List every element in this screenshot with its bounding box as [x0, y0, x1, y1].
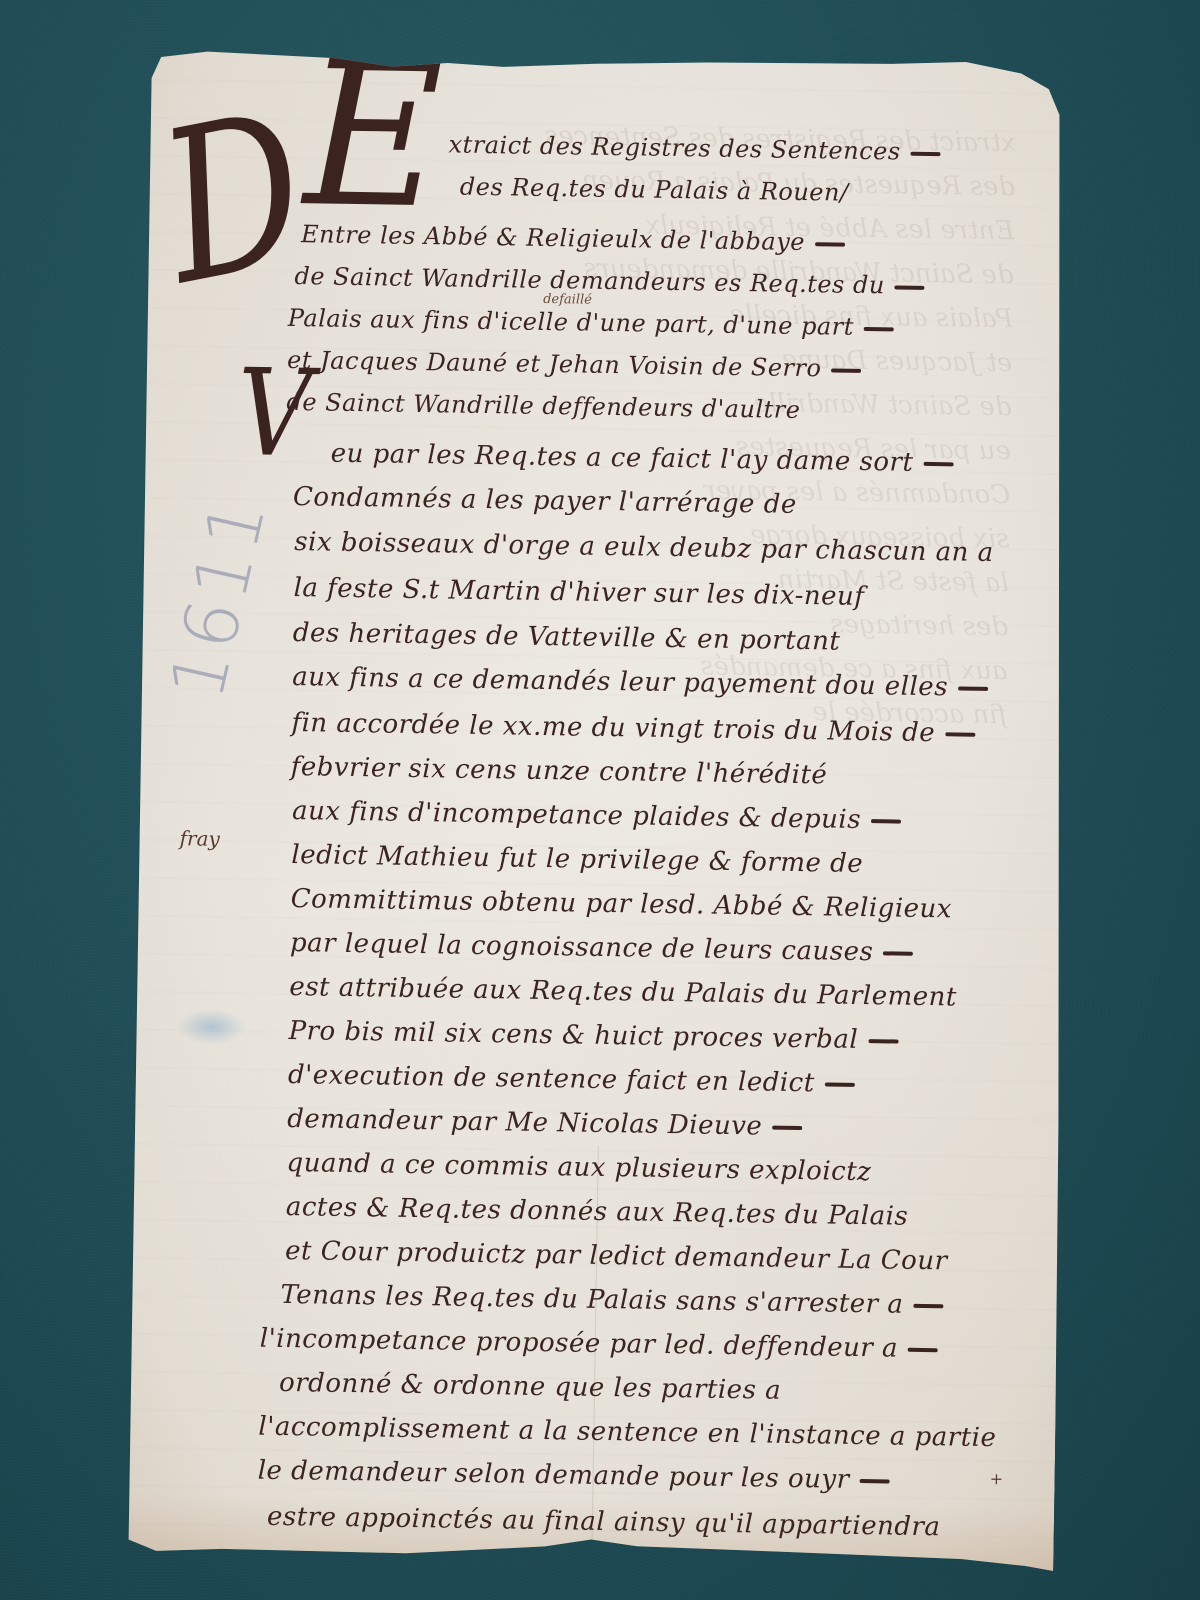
line-filler-dash	[883, 951, 913, 955]
body-line-11: Committimus obtenu par lesd. Abbé & Reli…	[290, 884, 952, 924]
body-line-13: est attribuée aux Req.tes du Palais du P…	[289, 972, 957, 1012]
pencil-folio-number: 1611	[154, 489, 283, 707]
body-line-24: le demandeur selon demande pour les ouyr	[257, 1456, 889, 1496]
line-filler-dash	[859, 1479, 889, 1483]
body-line-8: febvrier six cens unze contre l'hérédité	[291, 752, 828, 790]
body-line-2: Condamnés a les payer l'arrérage de	[293, 482, 797, 520]
body-line-21: l'incompetance proposée par led. deffend…	[260, 1324, 939, 1365]
line-filler-dash	[945, 732, 975, 736]
body-line-3: six boisseaux d'orge a eulx deubz par ch…	[294, 527, 994, 568]
body-line-6: aux fins a ce demandés leur payement dou…	[292, 662, 988, 703]
line-filler-dash	[815, 242, 845, 246]
line-filler-dash	[772, 1126, 802, 1130]
body-line-17: quand a ce commis aux plusieurs exploict…	[286, 1148, 871, 1187]
decorative-initial-e: E	[303, 35, 445, 237]
line-filler-dash	[871, 819, 901, 823]
margin-ink-mark: fray	[179, 826, 220, 851]
interlinear-note: defaillé	[543, 292, 592, 308]
body-line-10: ledict Mathieu fut le privilege & forme …	[291, 840, 863, 879]
line-filler-dash	[958, 686, 988, 690]
parties-line-2: de Sainct Wandrille demandeurs es Req.te…	[294, 262, 925, 300]
body-line-9: aux fins d'incompetance plaides & depuis	[292, 796, 901, 836]
body-line-5: des heritages de Vatteville & en portant	[293, 618, 841, 657]
heading-line-2: des Req.tes du Palais à Rouen/	[460, 173, 849, 207]
heading-line-1: xtraict des Registres des Sentences	[448, 130, 941, 166]
body-line-18: actes & Req.tes donnés aux Req.tes du Pa…	[286, 1192, 909, 1232]
blue-ink-stain	[176, 1008, 247, 1045]
parties-line-3: Palais aux fins d'icelle d'une part, d'u…	[288, 304, 894, 342]
line-filler-dash	[911, 151, 941, 155]
parties-line-5: de Sainct Wandrille deffendeurs d'aultre	[286, 388, 800, 424]
body-line-4: la feste S.t Martin d'hiver sur les dix-…	[293, 573, 864, 612]
body-line-15: d'execution de sentence faict en ledict	[288, 1060, 855, 1099]
line-filler-dash	[913, 1304, 943, 1308]
body-line-12: par lequel la cognoissance de leurs caus…	[290, 928, 914, 968]
line-filler-dash	[868, 1039, 898, 1043]
body-line-23: l'accomplissement a la sentence en l'ins…	[258, 1412, 996, 1454]
body-line-1: eu par les Req.tes a ce faict l'ay dame …	[330, 439, 953, 479]
body-line-20: Tenans les Req.tes du Palais sans s'arre…	[280, 1280, 943, 1320]
body-line-14: Pro bis mil six cens & huict proces verb…	[288, 1016, 898, 1056]
body-line-19: et Cour produictz par ledict demandeur L…	[285, 1236, 948, 1276]
line-filler-dash	[908, 1348, 938, 1352]
body-line-7: fin accordée le xx.me du vingt trois du …	[291, 708, 975, 749]
body-line-22: ordonné & ordonne que les parties a	[279, 1368, 782, 1406]
body-line-16: demandeur par Me Nicolas Dieuve	[287, 1104, 803, 1142]
parties-line-4: et Jacques Dauné et Jehan Voisin de Serr…	[287, 346, 862, 383]
line-filler-dash	[923, 462, 953, 466]
manuscript-page: xtraict des Registres des Sentences des …	[128, 48, 1077, 1577]
line-filler-dash	[831, 368, 861, 372]
line-filler-dash	[825, 1082, 855, 1086]
end-cross-mark: +	[990, 1469, 1004, 1488]
line-filler-dash	[895, 285, 925, 289]
line-filler-dash	[864, 326, 894, 330]
